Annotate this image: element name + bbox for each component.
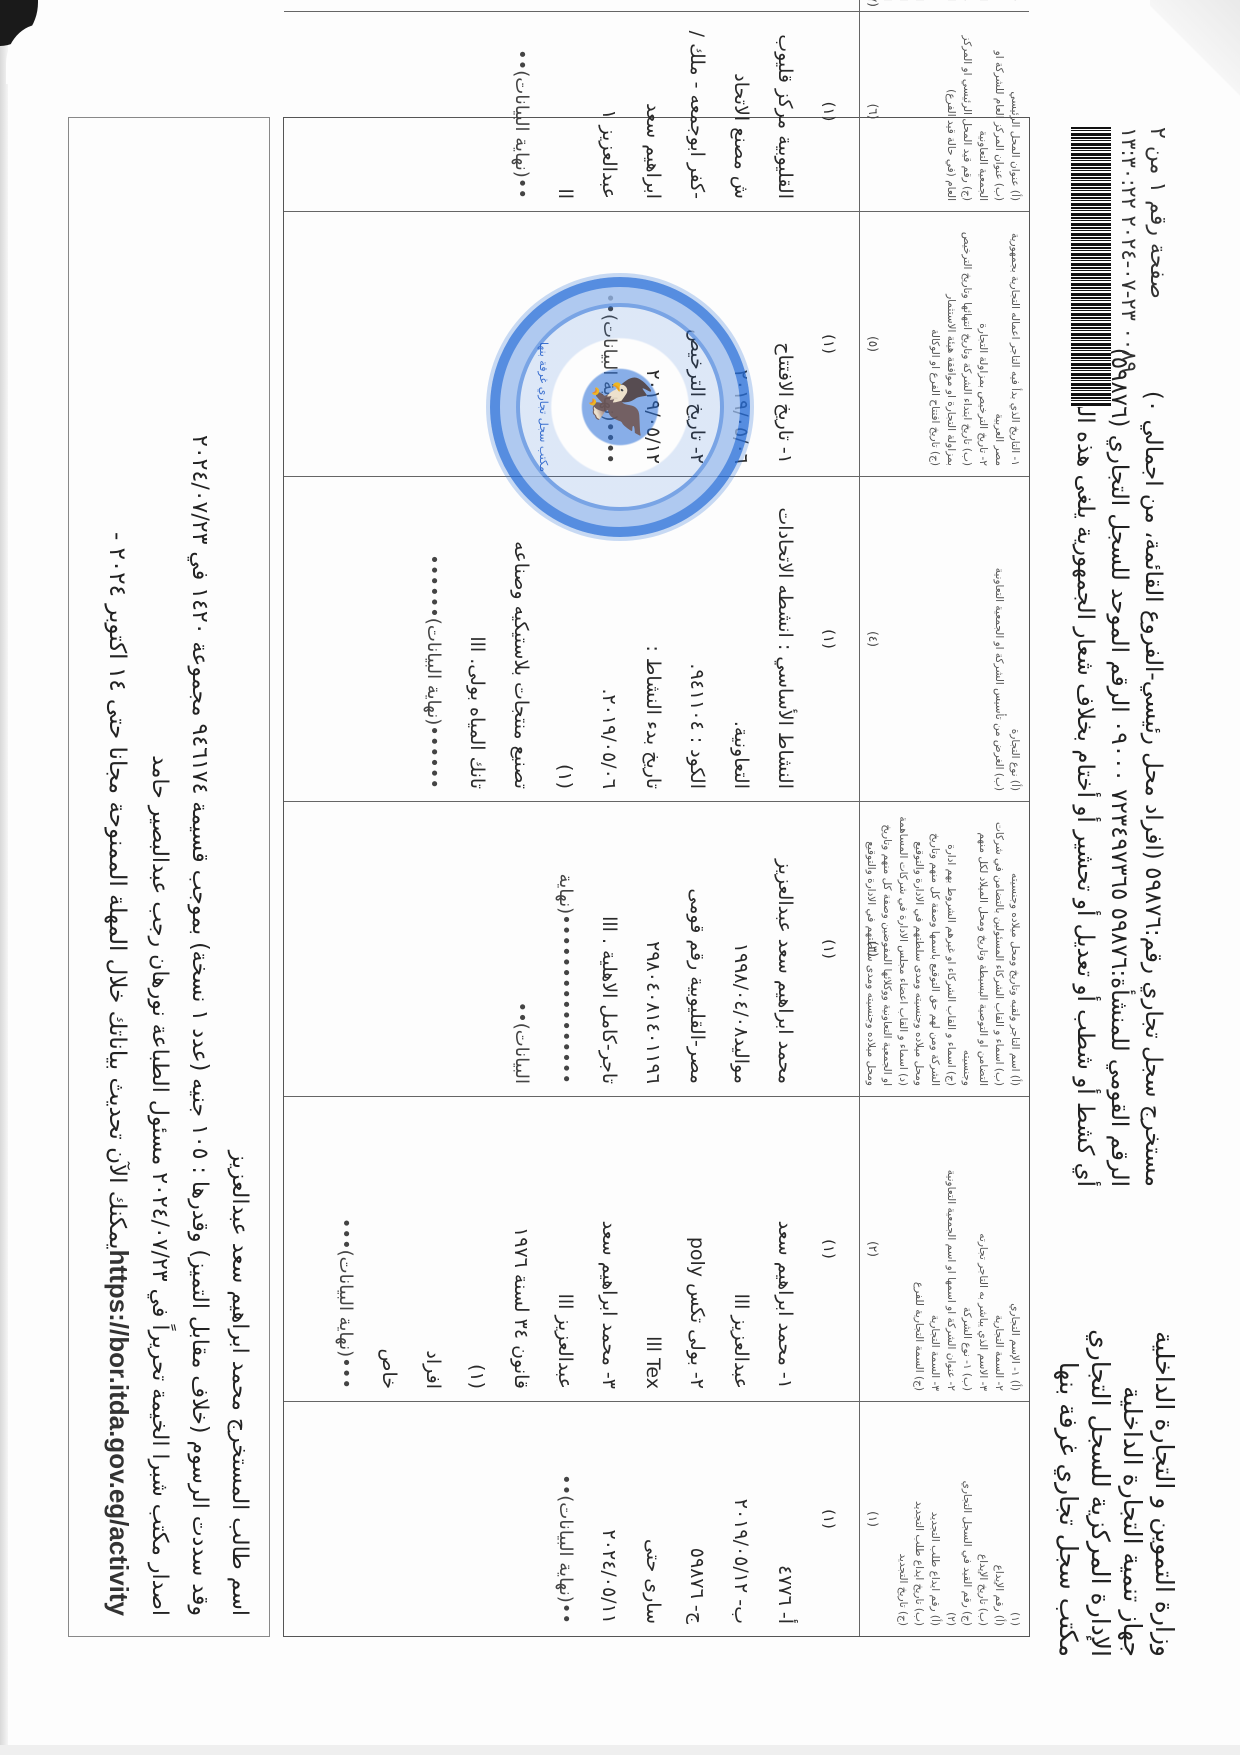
header-line: (ب) عنوان الفرع او الوكالة (في حالة قيد … (859, 0, 863, 1)
end-of-data-marker: ••(نهاية البيانات)•• (543, 1414, 587, 1624)
header-line: (ب) تاريخ ايداع طلب التجديد (911, 1412, 927, 1626)
column-body: (١)أ- ٤٧٧٦ب- ٢٠١٩/٠٥/١٢ج- ٥٩٨٧٦سارى حتى٢… (284, 1401, 859, 1636)
extract-title: مستخرج سجل تجاري رقم:٥٩٨٧٦ (افراد محل رئ… (1068, 467, 1170, 1187)
entry-line: اا (543, 24, 587, 199)
header-line: (ج) رقم قيد المحل الرئيسي او المركز العا… (943, 22, 975, 201)
entry-line: القليوبية مركز قليوب (763, 24, 807, 199)
print-timestamp: ٠٠٨٩ ٢٣-٠٧-٢٠٢٤ ١٣:٣٠:٢٢ (1117, 127, 1141, 427)
column-number: (٥) (866, 212, 880, 476)
page-info: صفحة رقم ١ من ٢ ٠٠٨٩ ٢٣-٠٧-٢٠٢٤ ١٣:٣٠:٢٢ (1071, 127, 1170, 427)
entry-index: (١) (807, 814, 851, 1084)
header-line: (ج) اسماء و القاب الشركاء او غيرهم الشرو… (911, 812, 959, 1086)
end-of-data-marker: •••(نهاية البيانات)••• (323, 1109, 367, 1389)
entry-line: ١- محمد ابراهيم سعد (763, 1109, 807, 1389)
column-body: (١)••(نهاية البيانات)•• (284, 0, 859, 11)
entry-line: ج- ٥٩٨٧٦ (675, 1414, 719, 1624)
header-line: ٣- السمة التجارية (927, 1107, 943, 1391)
ministry-line: الإدارة المركزية للسجل التجاري (1084, 1237, 1116, 1657)
entry-line: (١) (543, 489, 587, 789)
header-line: (ب) تاريخ ابتداء الشركة وتاريخ انتهائها … (943, 222, 975, 466)
column-header: (أ) عناوين الفروع والوكالات التابعة للمح… (859, 0, 1029, 11)
column-header: (أ) نوع التجارة(ب) الغرض من تأسيس الشركة… (859, 476, 1029, 801)
entry-line: تاجر-كامل الاهلية . ااا (587, 814, 631, 1084)
header-line: (أ) اسم التاجر ولقبه وتاريخ ومحل ميلاده … (1007, 812, 1023, 1086)
entry-line: النشاط الأساسي : انشطه الاتحادات (763, 489, 807, 789)
entry-line: تانك المياه بولى. ااا (455, 489, 499, 789)
entry-line: سارى حتى (631, 1414, 675, 1624)
header-line: (أ) ١- الإسم التجاري (1007, 1107, 1023, 1391)
column-header: (أ) ١- الإسم التجاري٢- السمة التجارية٣- … (859, 1096, 1029, 1401)
header-line: (أ) عنوان المحل الرئيسي (1007, 22, 1023, 201)
scan-bottom-edge (0, 1745, 1240, 1755)
entry-index: (١) (807, 24, 851, 199)
column-number: (١) (866, 1402, 880, 1636)
ministry-line: وزارة التموين و التجارة الداخلية (1148, 1237, 1180, 1657)
entry-line: التعاونية. (719, 489, 763, 789)
header-line: (أ) نوع التجارة (1007, 487, 1023, 791)
header-line: ٢- عنوان الشركة او اسمها او اسم الجمعية … (943, 1107, 959, 1391)
column-body: (١)محمد ابراهيم سعد عبدالعزيز مواليد١٩٩٨… (284, 801, 859, 1096)
column-number: (٢) (866, 1097, 880, 1401)
entry-line: Tex ااا (631, 1109, 675, 1389)
entry-line: ١- تاريخ الافتتاح (763, 224, 807, 464)
ministry-heading: وزارة التموين و التجارة الداخلية جهاز تن… (1052, 1237, 1180, 1657)
entry-line: الكود : ٩٤١١٠٤. (675, 489, 719, 789)
stamp-text: مكتب سجل تجاري غرفة بنها (537, 287, 550, 527)
commercial-register-extract: وزارة التموين و التجارة الداخلية جهاز تن… (60, 97, 1180, 1657)
header-line: ١- التاريخ الذي بدأ فيه التاجر اعماله ال… (991, 222, 1023, 466)
extract-title-line: الرقم القومي للمنشأة:٥٩٨٧٦ ٧٢٣٤٩٧٣٦٥ ٠٩٠… (1102, 467, 1136, 1187)
header-line: (ب) الغرض من تأسيس الشركة او الجمعية الت… (991, 487, 1007, 791)
header-line: (١) (1007, 1412, 1023, 1626)
entry-line: (١) (455, 1109, 499, 1389)
column-body: (١)القليوبية مركز قليوبش مصنع الاتحاد-كف… (284, 11, 859, 211)
page-number: صفحة رقم ١ من ٢ (1145, 127, 1170, 427)
header-line: (ج) السمة التجارية للفرع (911, 1107, 927, 1391)
column-number: (٦) (866, 12, 880, 211)
column-number: (٧) (866, 0, 880, 11)
official-stamp: 🦅 مكتب سجل تجاري غرفة بنها (490, 277, 750, 537)
header-line: (أ) رقم ايداع طلب التجديد (927, 1412, 943, 1626)
header-line: ٣- الاسم الذي يباشر به التاجر تجارته (975, 1107, 991, 1391)
column-header: (أ) اسم التاجر ولقبه وتاريخ ومحل ميلاده … (859, 801, 1029, 1096)
fees-line: وقد سددت الرسوم (خلاف مقابل التميز) وقدر… (179, 138, 219, 1616)
end-of-data-marker: ••••••(نهاية البيانات)•••••• (411, 489, 455, 789)
entry-line: ٢٠٢٤/٠٥/١١ (587, 1414, 631, 1624)
entry-line: افراد (411, 1109, 455, 1389)
entry-line: خاص (367, 1109, 411, 1389)
header-line: (ب) اسماء و القاب الشركاء المسئولين بالت… (959, 812, 1007, 1086)
header-line: (ج) رقم القيد في السجل التجاري (959, 1412, 975, 1626)
header-line: (ج) تاريخ التجديد (895, 1412, 911, 1626)
header-line: (ب) عنوان المركز العام للشركة او الجمعية… (975, 22, 1007, 201)
header-line: (ب) تاريخ الإيداع (975, 1412, 991, 1626)
column-number: (٤) (866, 477, 880, 801)
end-of-data-marker: ••••••••••••••••(نهاية البيانات)•• (499, 814, 587, 1084)
ministry-line: جهاز تنمية التجارة الداخلية (1116, 1237, 1148, 1657)
extract-title-line: مستخرج سجل تجاري رقم:٥٩٨٧٦ (افراد محل رئ… (1136, 467, 1170, 1187)
header-line: ٢- السمة التجارية (991, 1107, 1007, 1391)
entry-line: مصر-القليوبية رقم قومى ٢٩٨٠٤٠٨١٤٠١١٩٦ (631, 814, 719, 1084)
header-line: (ب) ١- نوع الشركة (959, 1107, 975, 1391)
column-body: (١)١- محمد ابراهيم سعدعبدالعزيز ااا٢- بو… (284, 1096, 859, 1401)
header-line: (أ) رقم الإيداع (991, 1412, 1007, 1626)
header-line: (٢) (943, 1412, 959, 1626)
barcode (1071, 127, 1111, 407)
update-notice-text: يمكنك الآن تحديث بياناتك خلال المهلة الم… (104, 525, 130, 1250)
document-header: وزارة التموين و التجارة الداخلية جهاز تن… (1040, 97, 1180, 1657)
entry-index: (١) (807, 1414, 851, 1624)
column-number: (٣) (866, 802, 880, 1096)
column-header: (أ) عنوان المحل الرئيسي(ب) عنوان المركز … (859, 11, 1029, 211)
entry-line: أ- ٤٧٧٦ (763, 1414, 807, 1624)
entry-line: تصنيع منتجات بلاستيكيه وصناعه (499, 489, 543, 789)
issuer-line: اصدار مكتب شبرا الخيمة تحريراً في ٢٠٢٤/٠… (139, 138, 179, 1616)
column-header: ١- التاريخ الذي بدأ فيه التاجر اعماله ال… (859, 211, 1029, 476)
entry-line: ش مصنع الاتحاد (719, 24, 763, 199)
document-footer: اسم طالب المستخرج محمد ابراهيم سعد عبدال… (68, 117, 270, 1637)
entry-line: محمد ابراهيم سعد عبدالعزيز مواليد١٩٩٨/٠٤… (719, 814, 807, 1084)
extract-title-line: أي كشط أو شطب أو تعديل أو تحشير أو أختام… (1068, 467, 1102, 1187)
entry-index: (١) (807, 489, 851, 789)
column-header: (١)(أ) رقم الإيداع(ب) تاريخ الإيداع(ج) ر… (859, 1401, 1029, 1636)
end-of-data-marker: ••(نهاية البيانات)•• (499, 24, 543, 199)
paper-edge (0, 24, 8, 1755)
activity-url[interactable]: https://bor.itda.gov.eg/activity (104, 1250, 134, 1616)
header-line: (أ) عناوين الفروع والوكالات التابعة للمح… (863, 0, 1023, 1)
header-line: ٢- تاريخ الترخيص بمزاولة التجارة (975, 222, 991, 466)
entry-index: (١) (807, 1109, 851, 1389)
entry-line: ٢- بولى تكس poly (675, 1109, 719, 1389)
applicant-line: اسم طالب المستخرج محمد ابراهيم سعد عبدال… (219, 138, 259, 1616)
ministry-line: مكتب سجل تجاري غرفة بنها (1052, 1237, 1084, 1657)
eagle-emblem-icon: 🦅 (587, 372, 653, 442)
scan-corner (0, 0, 38, 46)
header-line: (ج) تاريخ افتتاح الفرع او الوكالة (927, 222, 943, 466)
entry-line: ٣- محمد ابراهيم سعد (587, 1109, 631, 1389)
entry-line: قانون ٣٤ لسنة ١٩٧٦ (499, 1109, 543, 1389)
entry-line: ابراهيم سعد عبدالعزيز ١ (587, 24, 675, 199)
entry-line: عبدالعزيز ااا (719, 1109, 763, 1389)
update-notice: يمكنك الآن تحديث بياناتك خلال المهلة الم… (97, 138, 139, 1616)
entry-index: (١) (807, 224, 851, 464)
header-line: (هـ) اسم ولقب مدير الفرع الرئيسي او الوك… (859, 812, 863, 1086)
entry-line: ب- ٢٠١٩/٠٥/١٢ (719, 1414, 763, 1624)
entry-line: عبدالعزيز ااا (543, 1109, 587, 1389)
entry-line: -كفر ابوجمعه - ملك / (675, 24, 719, 199)
